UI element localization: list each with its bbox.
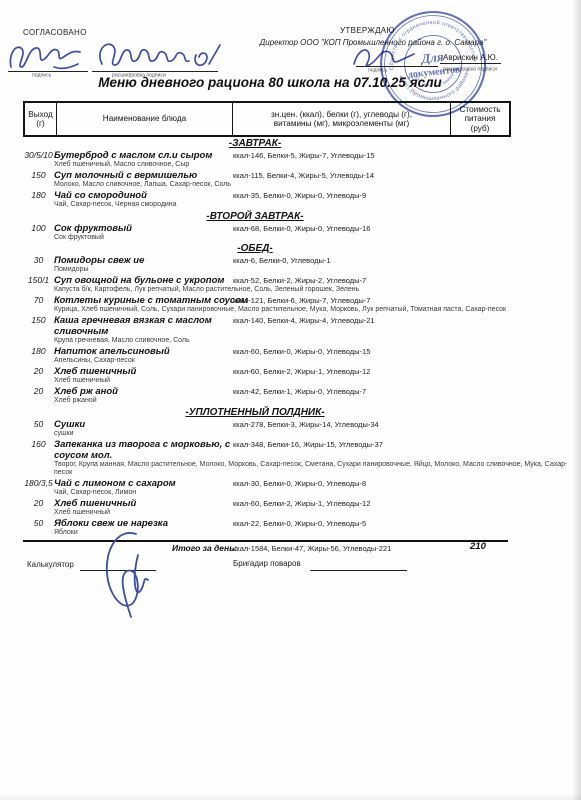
dish-weight: 180 bbox=[23, 190, 54, 201]
dish-name: Каша гречневая вязкая с маслом сливочным bbox=[54, 315, 260, 337]
col-header-out: Выход (г) bbox=[25, 103, 56, 135]
dish-nutrition: ккал-121, Белки-6, Жиры-7, Углеводы-7 bbox=[233, 296, 370, 306]
menu-row: 30/5/10 Бутерброд с маслом сл.и сыром кк… bbox=[23, 150, 575, 170]
dish-weight: 30 bbox=[23, 255, 54, 266]
dish-ingredients: Хлеб пшеничный bbox=[54, 377, 570, 386]
menu-row-main: 100 Сок фруктовый ккал-68, Белки-0, Жиры… bbox=[23, 223, 575, 234]
dish-name: Сок фруктовый bbox=[54, 223, 260, 234]
dish-nutrition: ккал-115, Белки-4, Жиры-5, Углеводы-14 bbox=[233, 171, 374, 181]
menu-row-main: 20 Хлеб пшеничный ккал-60, Белки-2, Жиры… bbox=[23, 366, 575, 377]
menu-row: 150/1 Суп овощной на бульоне с укропом к… bbox=[23, 275, 575, 295]
dish-name: Суп молочный с вермишелью bbox=[54, 170, 260, 181]
dish-ingredients: Чай, Сахар-песок, Черная смородина bbox=[54, 201, 570, 210]
menu-section: -ВТОРОЙ ЗАВТРАК- 100 Сок фруктовый ккал-… bbox=[23, 211, 575, 243]
dish-name: Сушки bbox=[54, 419, 260, 430]
left-sign-caption: подпись bbox=[32, 73, 51, 78]
menu-row: 180/3,5 Чай с лимоном с сахаром ккал-30,… bbox=[23, 478, 575, 498]
dish-ingredients: Творог, Крупа манная, Масло растительное… bbox=[54, 461, 570, 478]
dish-ingredients: Помидоры bbox=[54, 266, 570, 275]
dish-weight: 50 bbox=[23, 419, 54, 430]
dish-weight: 150 bbox=[23, 315, 54, 326]
calculator-signature-icon bbox=[100, 527, 154, 623]
dish-weight: 180/3,5 bbox=[23, 478, 54, 489]
dish-nutrition: ккал-348, Белки-16, Жиры-15, Углеводы-37 bbox=[233, 440, 383, 450]
total-cost: 210 bbox=[470, 541, 486, 552]
dish-name: Котлеты куриные с томатным соусом bbox=[54, 295, 260, 306]
dish-name: Хлеб пшеничный bbox=[54, 498, 260, 509]
menu-row-main: 70 Котлеты куриные с томатным соусом кка… bbox=[23, 295, 575, 306]
menu-row: 160 Запеканка из творога с морковью, с с… bbox=[23, 439, 575, 478]
left-name-signature-icon bbox=[92, 38, 222, 74]
section-rows: 30/5/10 Бутерброд с маслом сл.и сыром кк… bbox=[23, 150, 575, 210]
dish-nutrition: ккал-35, Белки-0, Жиры-0, Углеводы-9 bbox=[233, 191, 366, 201]
calculator-label: Калькулятор bbox=[27, 560, 74, 569]
dish-name: Чай со смородиной bbox=[54, 190, 260, 201]
section-rows: 30 Помидоры свеж ие ккал-6, Белки-0, Угл… bbox=[23, 255, 575, 406]
section-heading: -ВТОРОЙ ЗАВТРАК- bbox=[23, 211, 487, 222]
dish-name: Хлеб рж аной bbox=[54, 386, 260, 397]
dish-name: Хлеб пшеничный bbox=[54, 366, 260, 377]
section-heading: -ЗАВТРАК- bbox=[23, 138, 487, 149]
dish-ingredients: Хлеб ржаной bbox=[54, 397, 570, 406]
col-header-cost: Стоимость питания (руб) bbox=[450, 103, 509, 135]
dish-nutrition: ккал-278, Белки-3, Жиры-14, Углеводы-34 bbox=[233, 420, 379, 430]
menu-row-main: 20 Хлеб пшеничный ккал-60, Белки-2, Жиры… bbox=[23, 498, 575, 509]
dish-ingredients: Молоко, Масло сливочное, Лапша, Сахар-пе… bbox=[54, 181, 570, 190]
dish-name: Бутерброд с маслом сл.и сыром bbox=[54, 150, 260, 161]
dish-nutrition: ккал-140, Белки-4, Жиры-4, Углеводы-21 bbox=[233, 316, 375, 326]
dish-nutrition: ккал-68, Белки-0, Жиры-0, Углеводы-16 bbox=[233, 224, 370, 234]
left-signature-line bbox=[8, 71, 88, 72]
dish-nutrition: ккал-52, Белки-2, Жиры-2, Углеводы-7 bbox=[233, 276, 366, 286]
table-header: Выход (г) Наименование блюда зн.цен. (кк… bbox=[23, 101, 511, 137]
dish-weight: 160 bbox=[23, 439, 54, 450]
dish-weight: 150/1 bbox=[23, 275, 54, 286]
dish-weight: 20 bbox=[23, 386, 54, 397]
col-header-nutrition: зн.цен. (ккал), белки (г), углеводы (г),… bbox=[232, 103, 450, 135]
dish-name: Помидоры свеж ие bbox=[54, 255, 260, 266]
dish-name: Напиток апельсиновый bbox=[54, 346, 260, 357]
menu-row-main: 150 Каша гречневая вязкая с маслом сливо… bbox=[23, 315, 575, 337]
menu-row: 180 Напиток апельсиновый ккал-60, Белки-… bbox=[23, 346, 575, 366]
dish-ingredients: Хлеб пшеничный, Масло сливочное, Сыр bbox=[54, 161, 570, 170]
brigadier-label: Бригадир поваров bbox=[233, 559, 301, 568]
menu-row-main: 180 Чай со смородиной ккал-35, Белки-0, … bbox=[23, 190, 575, 201]
dish-ingredients: Сок фруктовый bbox=[54, 234, 570, 243]
menu-row: 20 Хлеб рж аной ккал-42, Белки-1, Жиры-0… bbox=[23, 386, 575, 406]
dish-weight: 100 bbox=[23, 223, 54, 234]
dish-ingredients: сушки bbox=[54, 430, 570, 439]
dish-nutrition: ккал-60, Белки-2, Жиры-1, Углеводы-12 bbox=[233, 499, 370, 509]
menu-row: 50 Сушки ккал-278, Белки-3, Жиры-14, Угл… bbox=[23, 419, 575, 439]
menu-section: -ОБЕД- 30 Помидоры свеж ие ккал-6, Белки… bbox=[23, 243, 575, 406]
menu-row: 150 Суп молочный с вермишелью ккал-115, … bbox=[23, 170, 575, 190]
brigadier-signature-line bbox=[310, 570, 407, 571]
left-signature-icon bbox=[6, 40, 88, 74]
menu-row: 70 Котлеты куриные с томатным соусом кка… bbox=[23, 295, 575, 315]
dish-nutrition: ккал-30, Белки-0, Жиры-0, Углеводы-8 bbox=[233, 479, 366, 489]
total-label: Итого за день: bbox=[172, 543, 237, 553]
dish-ingredients: Чай, Сахар-песок, Лимон bbox=[54, 489, 570, 498]
stamp-center-line1: Для bbox=[420, 49, 445, 66]
menu-row-main: 180 Напиток апельсиновый ккал-60, Белки-… bbox=[23, 346, 575, 357]
section-heading: -ОБЕД- bbox=[23, 243, 487, 254]
dish-nutrition: ккал-146, Белки-5, Жиры-7, Углеводы-15 bbox=[233, 151, 375, 161]
menu-row: 20 Хлеб пшеничный ккал-60, Белки-2, Жиры… bbox=[23, 498, 575, 518]
col-header-dish: Наименование блюда bbox=[56, 103, 232, 135]
dish-name: Чай с лимоном с сахаром bbox=[54, 478, 260, 489]
menu-row: 100 Сок фруктовый ккал-68, Белки-0, Жиры… bbox=[23, 223, 575, 243]
agreed-label: СОГЛАСОВАНО bbox=[23, 28, 87, 37]
dish-nutrition: ккал-6, Белки-0, Углеводы-1 bbox=[233, 256, 331, 266]
menu-row-main: 150/1 Суп овощной на бульоне с укропом к… bbox=[23, 275, 575, 286]
menu-row-main: 30 Помидоры свеж ие ккал-6, Белки-0, Угл… bbox=[23, 255, 575, 266]
section-heading: -УПЛОТНЕННЫЙ ПОЛДНИК- bbox=[23, 407, 487, 418]
dish-nutrition: ккал-60, Белки-0, Жиры-0, Углеводы-15 bbox=[233, 347, 370, 357]
menu-row-main: 50 Сушки ккал-278, Белки-3, Жиры-14, Угл… bbox=[23, 419, 575, 430]
dish-weight: 30/5/10 bbox=[23, 150, 54, 161]
dish-ingredients: Курица, Хлеб пшеничный, Соль, Сухари пан… bbox=[54, 306, 570, 315]
menu-body: -ЗАВТРАК- 30/5/10 Бутерброд с маслом сл.… bbox=[23, 137, 575, 538]
dish-ingredients: Хлеб пшеничный bbox=[54, 509, 570, 518]
dish-nutrition: ккал-60, Белки-2, Жиры-1, Углеводы-12 bbox=[233, 367, 370, 377]
dish-weight: 70 bbox=[23, 295, 54, 306]
left-name-line bbox=[92, 71, 218, 72]
menu-row-main: 20 Хлеб рж аной ккал-42, Белки-1, Жиры-0… bbox=[23, 386, 575, 397]
document-page: СОГЛАСОВАНО подпись расшифровка подписи … bbox=[0, 0, 581, 800]
dish-nutrition: ккал-42, Белки-1, Жиры-0, Углеводы-7 bbox=[233, 387, 366, 397]
menu-row-main: 30/5/10 Бутерброд с маслом сл.и сыром кк… bbox=[23, 150, 575, 161]
menu-row: 30 Помидоры свеж ие ккал-6, Белки-0, Угл… bbox=[23, 255, 575, 275]
dish-weight: 20 bbox=[23, 498, 54, 509]
menu-section: -ЗАВТРАК- 30/5/10 Бутерброд с маслом сл.… bbox=[23, 138, 575, 210]
menu-row-main: 160 Запеканка из творога с морковью, с с… bbox=[23, 439, 575, 461]
dish-ingredients: Капуста б/к, Картофель, Лук репчатый, Ма… bbox=[54, 286, 570, 295]
page-title: Меню дневного рациона 80 школа на 07.10.… bbox=[80, 75, 460, 90]
dish-ingredients: Крупа гречневая, Масло сливочное, Соль bbox=[54, 337, 570, 346]
section-rows: 100 Сок фруктовый ккал-68, Белки-0, Жиры… bbox=[23, 223, 575, 243]
dish-weight: 150 bbox=[23, 170, 54, 181]
menu-row: 150 Каша гречневая вязкая с маслом сливо… bbox=[23, 315, 575, 346]
dish-weight: 50 bbox=[23, 518, 54, 529]
dish-nutrition: ккал-22, Белки-0, Жиры-0, Углеводы-5 bbox=[233, 519, 366, 529]
menu-row: 180 Чай со смородиной ккал-35, Белки-0, … bbox=[23, 190, 575, 210]
total-values: ккал-1584, Белки-47, Жиры-56, Углеводы-2… bbox=[233, 544, 391, 553]
dish-ingredients: Апельсины, Сахар-песок bbox=[54, 357, 570, 366]
menu-row-main: 150 Суп молочный с вермишелью ккал-115, … bbox=[23, 170, 575, 181]
dish-name: Яблоки свеж ие нарезка bbox=[54, 518, 260, 529]
dish-name: Запеканка из творога с морковью, с соусо… bbox=[54, 439, 260, 461]
dish-weight: 20 bbox=[23, 366, 54, 377]
menu-row-main: 180/3,5 Чай с лимоном с сахаром ккал-30,… bbox=[23, 478, 575, 489]
total-divider bbox=[23, 540, 508, 542]
section-rows: 50 Сушки ккал-278, Белки-3, Жиры-14, Угл… bbox=[23, 419, 575, 538]
menu-row: 20 Хлеб пшеничный ккал-60, Белки-2, Жиры… bbox=[23, 366, 575, 386]
menu-section: -УПЛОТНЕННЫЙ ПОЛДНИК- 50 Сушки ккал-278,… bbox=[23, 407, 575, 538]
dish-weight: 180 bbox=[23, 346, 54, 357]
dish-name: Суп овощной на бульоне с укропом bbox=[54, 275, 260, 286]
